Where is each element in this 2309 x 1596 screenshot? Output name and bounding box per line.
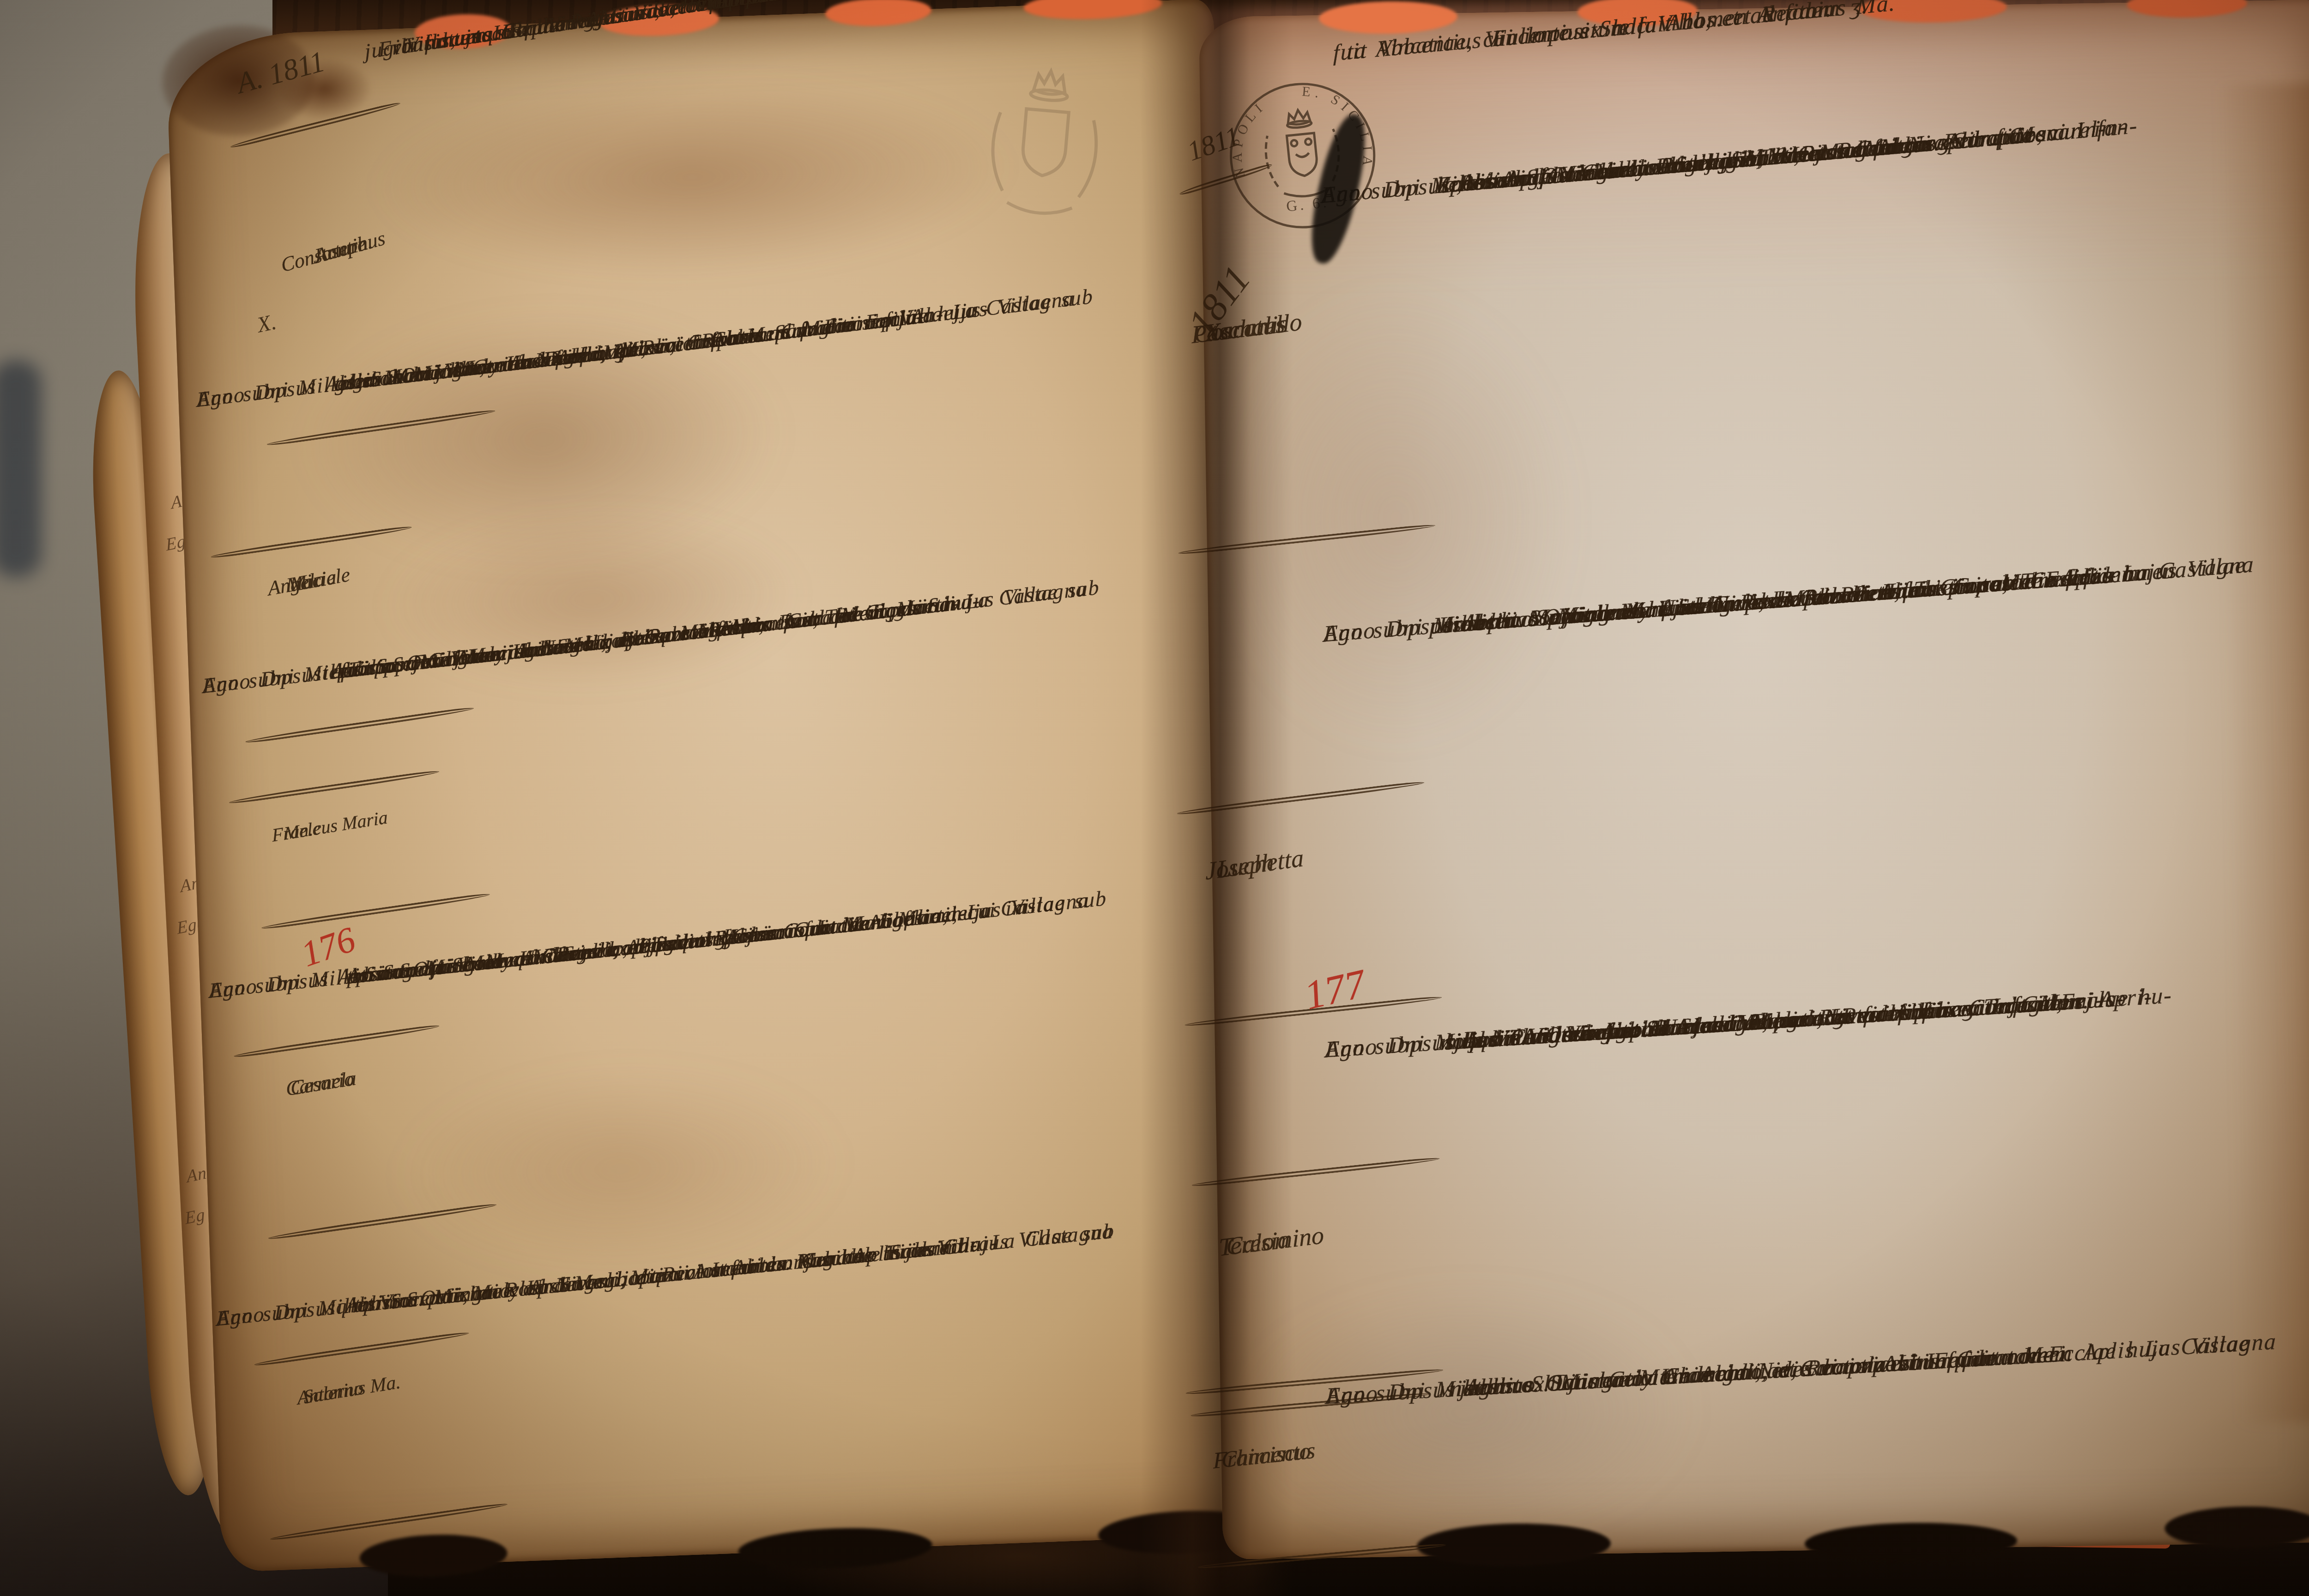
flourish-rule	[270, 1502, 508, 1542]
margin-name-line: Salerno	[302, 1364, 365, 1421]
baptism-record: Anno Dni Millesimo Octingmo. Undecimo, d…	[1326, 1328, 2267, 1382]
baptism-record: Anno Dni Millesimo Octingmo. Undecimo, d…	[1322, 101, 2261, 181]
margin-name-line: Cesario	[289, 1054, 356, 1112]
left-page: A. 1811 X. 176 Constantinus Joseph. Artu…	[165, 0, 1269, 1572]
baptism-record: Anno Dni Millesimo Octingmo. Undecimo, d…	[209, 877, 1192, 979]
stamp-laurel-left	[1264, 135, 1278, 188]
flourish-rule	[229, 769, 440, 805]
baptism-record: Anno Dni Millesimo Octingmo. Undecimo, d…	[1326, 975, 2266, 1036]
stamp-shield	[1287, 133, 1318, 177]
edge-fragment: An	[186, 1162, 208, 1187]
margin-name-line: Miciele	[288, 550, 352, 609]
flourish-rule	[268, 1203, 497, 1240]
blurred-object	[0, 360, 42, 577]
record-line: qm. Vincentii, et Rosa Savaglio qm. Anto…	[336, 1230, 998, 1336]
cross-mark: X.	[254, 309, 278, 338]
margin-name-line: Luchetta	[1215, 818, 1306, 909]
torn-notch	[2127, 0, 2247, 18]
faint-stamp-bleedthrough	[927, 29, 1160, 296]
right-page: NAPOLI E. SICILIA G. 6. 1811 1811 177 Pa…	[1199, 0, 2309, 1560]
flourish-rule	[245, 706, 474, 744]
record-line: Vincentius Stella Abbs. et Rector.	[547, 0, 870, 54]
torn-notch	[1023, 0, 1163, 22]
record-line: Vincentius Stella Abbs. et Rector.	[1563, 576, 1911, 650]
flourish-rule	[261, 892, 490, 930]
record-line: Vincentius Stella Abbs. et Rector.	[457, 919, 780, 993]
record-line: Vincentius Stella Abbs. et Rector.	[1565, 998, 1914, 1060]
margin-name-line: Mele	[282, 804, 322, 858]
margin-name-line: Arture	[311, 219, 370, 280]
baptism-record: Anno Dni Millesimo Octingmo. Undecimo, d…	[197, 274, 1179, 387]
paper-stain	[366, 66, 1019, 289]
margin-name-line: Chimento	[1221, 1417, 1312, 1494]
record-line: Vincentius Stella Abbs. et Rector.	[1560, 131, 1908, 210]
photo-open-baptismal-register: Ann Ego Ann Ego An Eg	[0, 0, 2309, 1596]
edge-fragment: Eg	[184, 1204, 206, 1229]
flourish-rule	[1177, 780, 1425, 816]
record-line: Vincentius Stella Abbs. et Rector.	[444, 321, 768, 399]
record-line: jugibus hujus Curatae Abbatiae, cui impo…	[1459, 1339, 2073, 1414]
paper-stain	[398, 1062, 843, 1276]
flourish-rule	[1191, 1156, 1440, 1187]
margin-name-line: Calomino	[1225, 1194, 1325, 1288]
flourish-rule	[233, 1024, 440, 1058]
flourish-rule	[210, 525, 412, 559]
flourish-rule	[1178, 523, 1436, 556]
torn-notch	[2164, 1505, 2309, 1549]
record-line: Vincentius Stella Abbs. et Rector.	[450, 611, 774, 686]
paper-stain	[2216, 82, 2309, 1423]
stamp-laurel-right	[1328, 129, 1342, 181]
margin-name-line: Coscarello	[1193, 287, 1303, 369]
baptism-record: Anno Dni Millesimo Octingmo. Undecimo di…	[1324, 548, 2281, 620]
